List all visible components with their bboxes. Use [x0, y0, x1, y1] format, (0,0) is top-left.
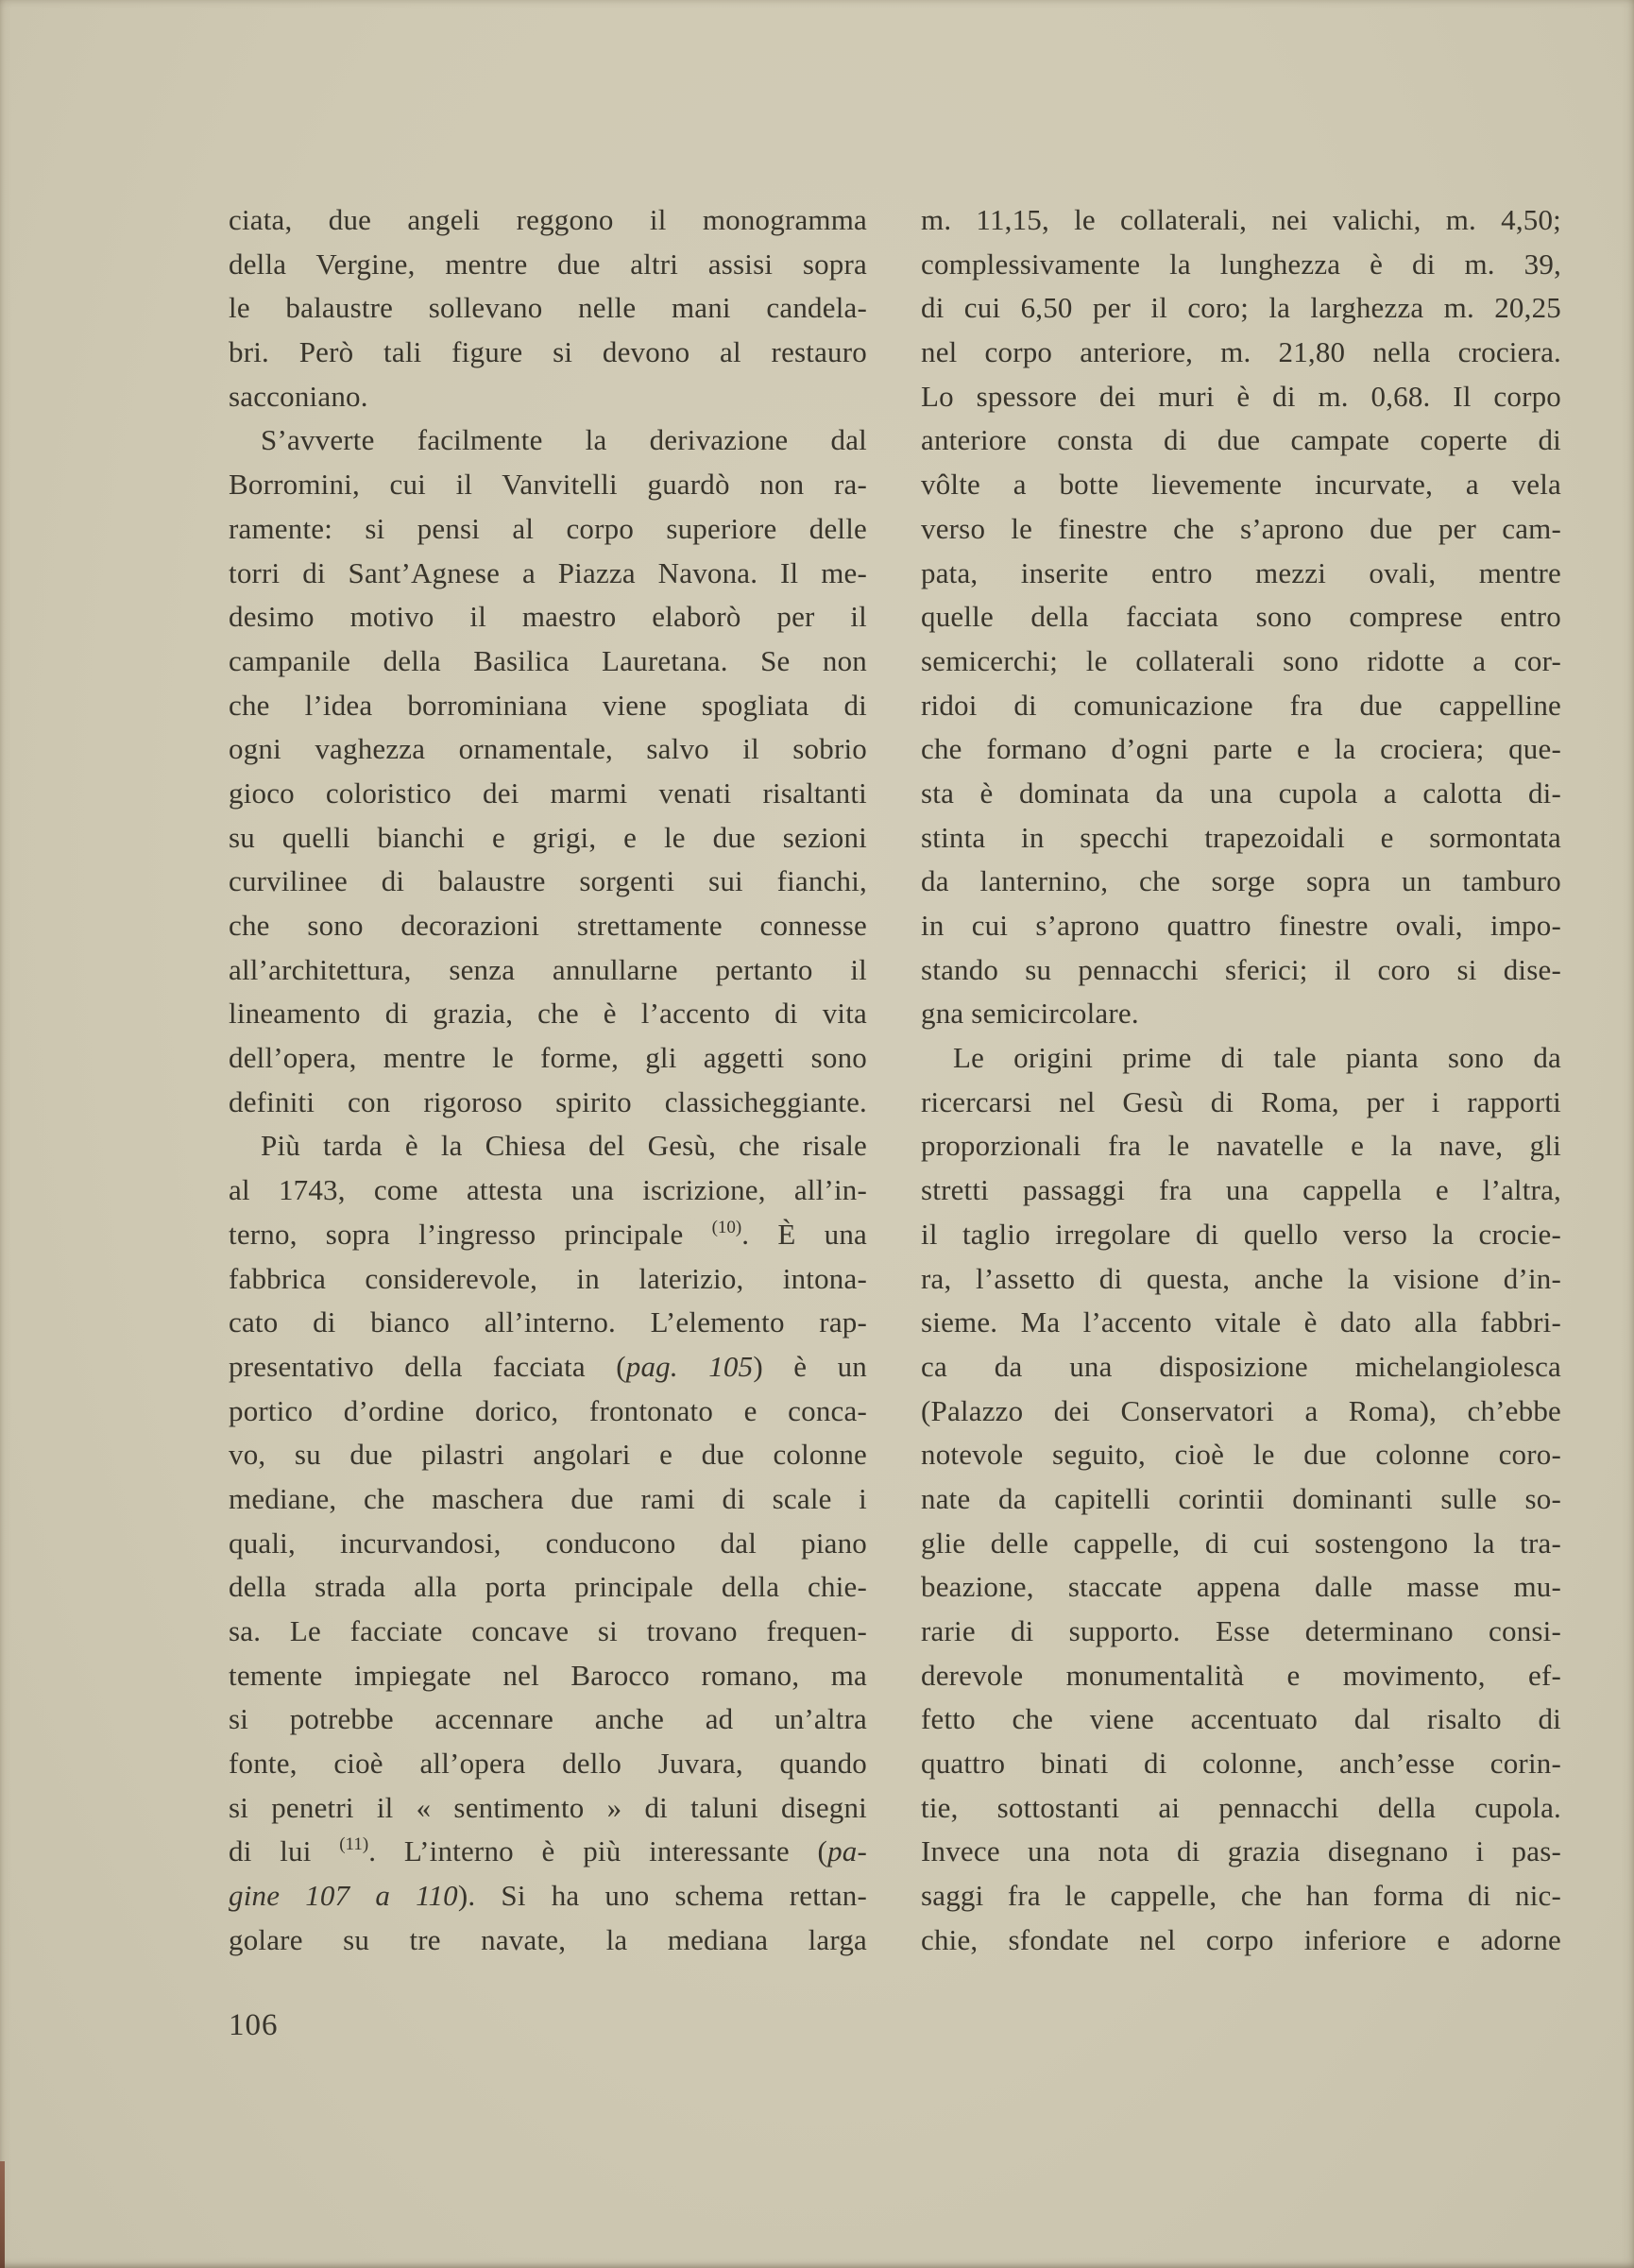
- text-line: sa. Le facciate concave si trovano frequ…: [229, 1610, 867, 1654]
- text-line: curvilinee di balaustre sorgenti sui fia…: [229, 860, 867, 904]
- text-line: al 1743, come attesta una iscrizione, al…: [229, 1168, 867, 1213]
- text-line: da lanternino, che sorge sopra un tambur…: [921, 860, 1561, 904]
- text-line: Borromini, cui il Vanvitelli guardò non …: [229, 463, 867, 507]
- text-line: mediane, che maschera due rami di scale …: [229, 1477, 867, 1522]
- text-line: ra, l’assetto di questa, anche la vision…: [921, 1257, 1561, 1302]
- text-segment: m. 11,15, le collaterali, nei valichi, m…: [921, 203, 1561, 236]
- text-column-left: ciata, due angeli reggono il monogrammad…: [229, 198, 867, 1963]
- text-segment: dell’opera, mentre le forme, gli aggetti…: [229, 1041, 867, 1074]
- text-segment: Invece una nota di grazia disegnano i pa…: [921, 1834, 1561, 1867]
- text-segment: cato di bianco all’interno. L’elemento r…: [229, 1305, 867, 1339]
- footnote-reference: (10): [712, 1218, 742, 1237]
- text-segment: S’avverte facilmente la derivazione dal: [261, 423, 867, 456]
- text-segment: temente impiegate nel Barocco romano, ma: [229, 1659, 867, 1692]
- text-line: fonte, cioè all’opera dello Juvara, quan…: [229, 1742, 867, 1786]
- text-line: in cui s’aprono quattro finestre ovali, …: [921, 904, 1561, 948]
- text-segment: notevole seguito, cioè le due colonne co…: [921, 1438, 1561, 1471]
- text-line: chie, sfondate nel corpo inferiore e ado…: [921, 1918, 1561, 1963]
- text-segment: quelle della facciata sono comprese entr…: [921, 600, 1561, 633]
- text-line: verso le finestre che s’aprono due per c…: [921, 507, 1561, 552]
- text-segment: ra, l’assetto di questa, anche la vision…: [921, 1262, 1561, 1295]
- text-line: anteriore consta di due campate coperte …: [921, 418, 1561, 463]
- text-line: le balaustre sollevano nelle mani candel…: [229, 286, 867, 331]
- text-segment: di lui: [229, 1834, 339, 1867]
- text-line: rarie di supporto. Esse determinano cons…: [921, 1610, 1561, 1654]
- text-segment: tie, sottostanti ai pennacchi della cupo…: [921, 1791, 1561, 1824]
- text-line: il taglio irregolare di quello verso la …: [921, 1213, 1561, 1257]
- text-segment: pata, inserite entro mezzi ovali, mentre: [921, 556, 1561, 589]
- text-line: lineamento di grazia, che è l’accento di…: [229, 992, 867, 1036]
- italic-page-reference: gine 107 a 110: [229, 1879, 458, 1912]
- text-segment: gioco coloristico dei marmi venati risal…: [229, 776, 867, 810]
- text-segment: vo, su due pilastri angolari e due colon…: [229, 1438, 867, 1471]
- book-page: ciata, due angeli reggono il monogrammad…: [0, 0, 1634, 2268]
- text-segment: Le origini prime di tale pianta sono da: [953, 1041, 1561, 1074]
- text-segment: proporzionali fra le navatelle e la nave…: [921, 1129, 1561, 1162]
- text-segment: stinta in specchi trapezoidali e sormont…: [921, 821, 1561, 854]
- text-line: su quelli bianchi e grigi, e le due sezi…: [229, 816, 867, 861]
- text-segment: mediane, che maschera due rami di scale …: [229, 1482, 867, 1515]
- text-line: di cui 6,50 per il coro; la larghezza m.…: [921, 286, 1561, 331]
- footnote-reference: (11): [339, 1834, 368, 1854]
- text-line: gioco coloristico dei marmi venati risal…: [229, 772, 867, 816]
- text-line: ricercarsi nel Gesù di Roma, per i rappo…: [921, 1081, 1561, 1125]
- text-line: che sono decorazioni strettamente connes…: [229, 904, 867, 948]
- text-line: vôlte a botte lievemente incurvate, a ve…: [921, 463, 1561, 507]
- text-segment: campanile della Basilica Lauretana. Se n…: [229, 644, 867, 677]
- text-segment: . L’interno è più interessante (: [368, 1834, 827, 1867]
- text-segment: . È una: [741, 1218, 867, 1251]
- text-segment: presentativo della facciata (: [229, 1350, 626, 1383]
- text-segment: ca da una disposizione michelangiolesca: [921, 1350, 1561, 1383]
- text-segment: portico d’ordine dorico, frontonato e co…: [229, 1394, 867, 1427]
- text-segment: si penetri il « sentimento » di taluni d…: [229, 1791, 867, 1824]
- text-segment: fetto che viene accentuato dal risalto d…: [921, 1702, 1561, 1735]
- text-segment: ). Si ha uno schema rettan-: [458, 1879, 867, 1912]
- text-segment: complessivamente la lunghezza è di m. 39…: [921, 247, 1561, 281]
- text-segment: sta è dominata da una cupola a calotta d…: [921, 776, 1561, 810]
- text-segment: in cui s’aprono quattro finestre ovali, …: [921, 909, 1561, 942]
- text-segment: saggi fra le cappelle, che han forma di …: [921, 1879, 1561, 1912]
- text-line: beazione, staccate appena dalle masse mu…: [921, 1565, 1561, 1610]
- text-line: (Palazzo dei Conservatori a Roma), ch’eb…: [921, 1390, 1561, 1434]
- text-line: temente impiegate nel Barocco romano, ma: [229, 1654, 867, 1698]
- text-segment: che formano d’ogni parte e la crociera; …: [921, 732, 1561, 765]
- text-segment: ciata, due angeli reggono il monogramma: [229, 203, 867, 236]
- text-line: glie delle cappelle, di cui sostengono l…: [921, 1522, 1561, 1566]
- text-line: definiti con rigoroso spirito classicheg…: [229, 1081, 867, 1125]
- text-line: S’avverte facilmente la derivazione dal: [229, 418, 867, 463]
- text-segment: curvilinee di balaustre sorgenti sui fia…: [229, 864, 867, 897]
- text-segment: gna semicircolare.: [921, 997, 1139, 1030]
- text-line: della strada alla porta principale della…: [229, 1565, 867, 1610]
- text-line: di lui (11). L’interno è più interessant…: [229, 1830, 867, 1874]
- text-line: terno, sopra l’ingresso principale (10).…: [229, 1213, 867, 1257]
- text-segment: ricercarsi nel Gesù di Roma, per i rappo…: [921, 1085, 1561, 1118]
- text-segment: nate da capitelli corintii dominanti sul…: [921, 1482, 1561, 1515]
- text-segment: rarie di supporto. Esse determinano cons…: [921, 1614, 1561, 1647]
- text-line: nel corpo anteriore, m. 21,80 nella croc…: [921, 331, 1561, 375]
- text-line: dell’opera, mentre le forme, gli aggetti…: [229, 1036, 867, 1081]
- text-line: golare su tre navate, la mediana larga: [229, 1918, 867, 1963]
- text-segment: Lo spessore dei muri è di m. 0,68. Il co…: [921, 380, 1561, 413]
- text-segment: su quelli bianchi e grigi, e le due sezi…: [229, 821, 867, 854]
- text-line: derevole monumentalità e movimento, ef-: [921, 1654, 1561, 1698]
- text-segment: da lanternino, che sorge sopra un tambur…: [921, 864, 1561, 897]
- text-line: che l’idea borrominiana viene spogliata …: [229, 684, 867, 728]
- text-segment: chie, sfondate nel corpo inferiore e ado…: [921, 1923, 1561, 1956]
- text-line: ca da una disposizione michelangiolesca: [921, 1345, 1561, 1390]
- italic-page-reference: pag. 105: [626, 1350, 754, 1383]
- text-line: Più tarda è la Chiesa del Gesù, che risa…: [229, 1124, 867, 1168]
- text-segment: ) è un: [753, 1350, 867, 1383]
- text-line: sta è dominata da una cupola a calotta d…: [921, 772, 1561, 816]
- text-line: portico d’ordine dorico, frontonato e co…: [229, 1390, 867, 1434]
- text-segment: stando su pennacchi sferici; il coro si …: [921, 953, 1561, 986]
- text-segment: nel corpo anteriore, m. 21,80 nella croc…: [921, 335, 1561, 368]
- text-line: proporzionali fra le navatelle e la nave…: [921, 1124, 1561, 1168]
- text-segment: Più tarda è la Chiesa del Gesù, che risa…: [261, 1129, 867, 1162]
- text-line: della Vergine, mentre due altri assisi s…: [229, 243, 867, 287]
- text-line: che formano d’ogni parte e la crociera; …: [921, 727, 1561, 772]
- text-segment: lineamento di grazia, che è l’accento di…: [229, 997, 867, 1030]
- text-segment: definiti con rigoroso spirito classicheg…: [229, 1085, 867, 1118]
- italic-page-reference: pa-: [827, 1834, 867, 1867]
- text-line: cato di bianco all’interno. L’elemento r…: [229, 1301, 867, 1345]
- text-line: Le origini prime di tale pianta sono da: [921, 1036, 1561, 1081]
- text-line: fabbrica considerevole, in laterizio, in…: [229, 1257, 867, 1302]
- text-segment: che sono decorazioni strettamente connes…: [229, 909, 867, 942]
- text-line: bri. Però tali figure si devono al resta…: [229, 331, 867, 375]
- text-line: quali, incurvandosi, conducono dal piano: [229, 1522, 867, 1566]
- text-segment: desimo motivo il maestro elaborò per il: [229, 600, 867, 633]
- text-segment: al 1743, come attesta una iscrizione, al…: [229, 1173, 867, 1206]
- text-line: sacconiano.: [229, 375, 867, 419]
- text-segment: si potrebbe accennare anche ad un’altra: [229, 1702, 867, 1735]
- text-line: pata, inserite entro mezzi ovali, mentre: [921, 552, 1561, 596]
- text-line: vo, su due pilastri angolari e due colon…: [229, 1433, 867, 1477]
- text-segment: ridoi di comunicazione fra due cappellin…: [921, 689, 1561, 722]
- text-segment: derevole monumentalità e movimento, ef-: [921, 1659, 1561, 1692]
- text-segment: della strada alla porta principale della…: [229, 1570, 867, 1603]
- text-segment: quattro binati di colonne, anch’esse cor…: [921, 1747, 1561, 1780]
- text-line: quelle della facciata sono comprese entr…: [921, 595, 1561, 639]
- text-segment: verso le finestre che s’aprono due per c…: [921, 512, 1561, 545]
- scan-edge-artifact: [0, 2161, 5, 2268]
- text-segment: glie delle cappelle, di cui sostengono l…: [921, 1526, 1561, 1560]
- text-line: desimo motivo il maestro elaborò per il: [229, 595, 867, 639]
- text-line: si potrebbe accennare anche ad un’altra: [229, 1697, 867, 1742]
- text-line: presentativo della facciata (pag. 105) è…: [229, 1345, 867, 1390]
- text-line: si penetri il « sentimento » di taluni d…: [229, 1786, 867, 1831]
- text-segment: (Palazzo dei Conservatori a Roma), ch’eb…: [921, 1394, 1561, 1427]
- text-line: ciata, due angeli reggono il monogramma: [229, 198, 867, 243]
- text-line: notevole seguito, cioè le due colonne co…: [921, 1433, 1561, 1477]
- text-line: campanile della Basilica Lauretana. Se n…: [229, 639, 867, 684]
- text-column-right: m. 11,15, le collaterali, nei valichi, m…: [921, 198, 1561, 1963]
- text-segment: sacconiano.: [229, 380, 368, 413]
- text-segment: ramente: si pensi al corpo superiore del…: [229, 512, 867, 545]
- text-line: ogni vaghezza ornamentale, salvo il sobr…: [229, 727, 867, 772]
- text-line: all’architettura, senza annullarne perta…: [229, 948, 867, 993]
- text-line: gna semicircolare.: [921, 992, 1561, 1036]
- text-segment: le balaustre sollevano nelle mani candel…: [229, 291, 867, 324]
- text-segment: ogni vaghezza ornamentale, salvo il sobr…: [229, 732, 867, 765]
- text-line: stretti passaggi fra una cappella e l’al…: [921, 1168, 1561, 1213]
- text-segment: che l’idea borrominiana viene spogliata …: [229, 689, 867, 722]
- text-segment: della Vergine, mentre due altri assisi s…: [229, 247, 867, 281]
- text-segment: terno, sopra l’ingresso principale: [229, 1218, 712, 1251]
- text-line: fetto che viene accentuato dal risalto d…: [921, 1697, 1561, 1742]
- text-segment: sa. Le facciate concave si trovano frequ…: [229, 1614, 867, 1647]
- text-segment: il taglio irregolare di quello verso la …: [921, 1218, 1561, 1251]
- text-line: complessivamente la lunghezza è di m. 39…: [921, 243, 1561, 287]
- text-segment: beazione, staccate appena dalle masse mu…: [921, 1570, 1561, 1603]
- text-segment: quali, incurvandosi, conducono dal piano: [229, 1526, 867, 1560]
- text-line: Invece una nota di grazia disegnano i pa…: [921, 1830, 1561, 1874]
- text-line: stando su pennacchi sferici; il coro si …: [921, 948, 1561, 993]
- text-segment: torri di Sant’Agnese a Piazza Navona. Il…: [229, 556, 867, 589]
- text-line: nate da capitelli corintii dominanti sul…: [921, 1477, 1561, 1522]
- text-segment: all’architettura, senza annullarne perta…: [229, 953, 867, 986]
- text-line: gine 107 a 110). Si ha uno schema rettan…: [229, 1874, 867, 1918]
- text-segment: vôlte a botte lievemente incurvate, a ve…: [921, 468, 1561, 501]
- text-line: m. 11,15, le collaterali, nei valichi, m…: [921, 198, 1561, 243]
- text-line: semicerchi; le collaterali sono ridotte …: [921, 639, 1561, 684]
- text-segment: fabbrica considerevole, in laterizio, in…: [229, 1262, 867, 1295]
- text-line: quattro binati di colonne, anch’esse cor…: [921, 1742, 1561, 1786]
- text-segment: Borromini, cui il Vanvitelli guardò non …: [229, 468, 867, 501]
- text-line: torri di Sant’Agnese a Piazza Navona. Il…: [229, 552, 867, 596]
- text-segment: sieme. Ma l’accento vitale è dato alla f…: [921, 1305, 1561, 1339]
- text-segment: bri. Però tali figure si devono al resta…: [229, 335, 867, 368]
- text-segment: stretti passaggi fra una cappella e l’al…: [921, 1173, 1561, 1206]
- text-segment: di cui 6,50 per il coro; la larghezza m.…: [921, 291, 1561, 324]
- text-segment: anteriore consta di due campate coperte …: [921, 423, 1561, 456]
- text-segment: semicerchi; le collaterali sono ridotte …: [921, 644, 1561, 677]
- text-line: ramente: si pensi al corpo superiore del…: [229, 507, 867, 552]
- text-segment: golare su tre navate, la mediana larga: [229, 1923, 867, 1956]
- text-segment: fonte, cioè all’opera dello Juvara, quan…: [229, 1747, 867, 1780]
- text-line: tie, sottostanti ai pennacchi della cupo…: [921, 1786, 1561, 1831]
- text-line: stinta in specchi trapezoidali e sormont…: [921, 816, 1561, 861]
- text-line: Lo spessore dei muri è di m. 0,68. Il co…: [921, 375, 1561, 419]
- page-number: 106: [229, 2008, 279, 2043]
- text-line: ridoi di comunicazione fra due cappellin…: [921, 684, 1561, 728]
- text-line: saggi fra le cappelle, che han forma di …: [921, 1874, 1561, 1918]
- text-line: sieme. Ma l’accento vitale è dato alla f…: [921, 1301, 1561, 1345]
